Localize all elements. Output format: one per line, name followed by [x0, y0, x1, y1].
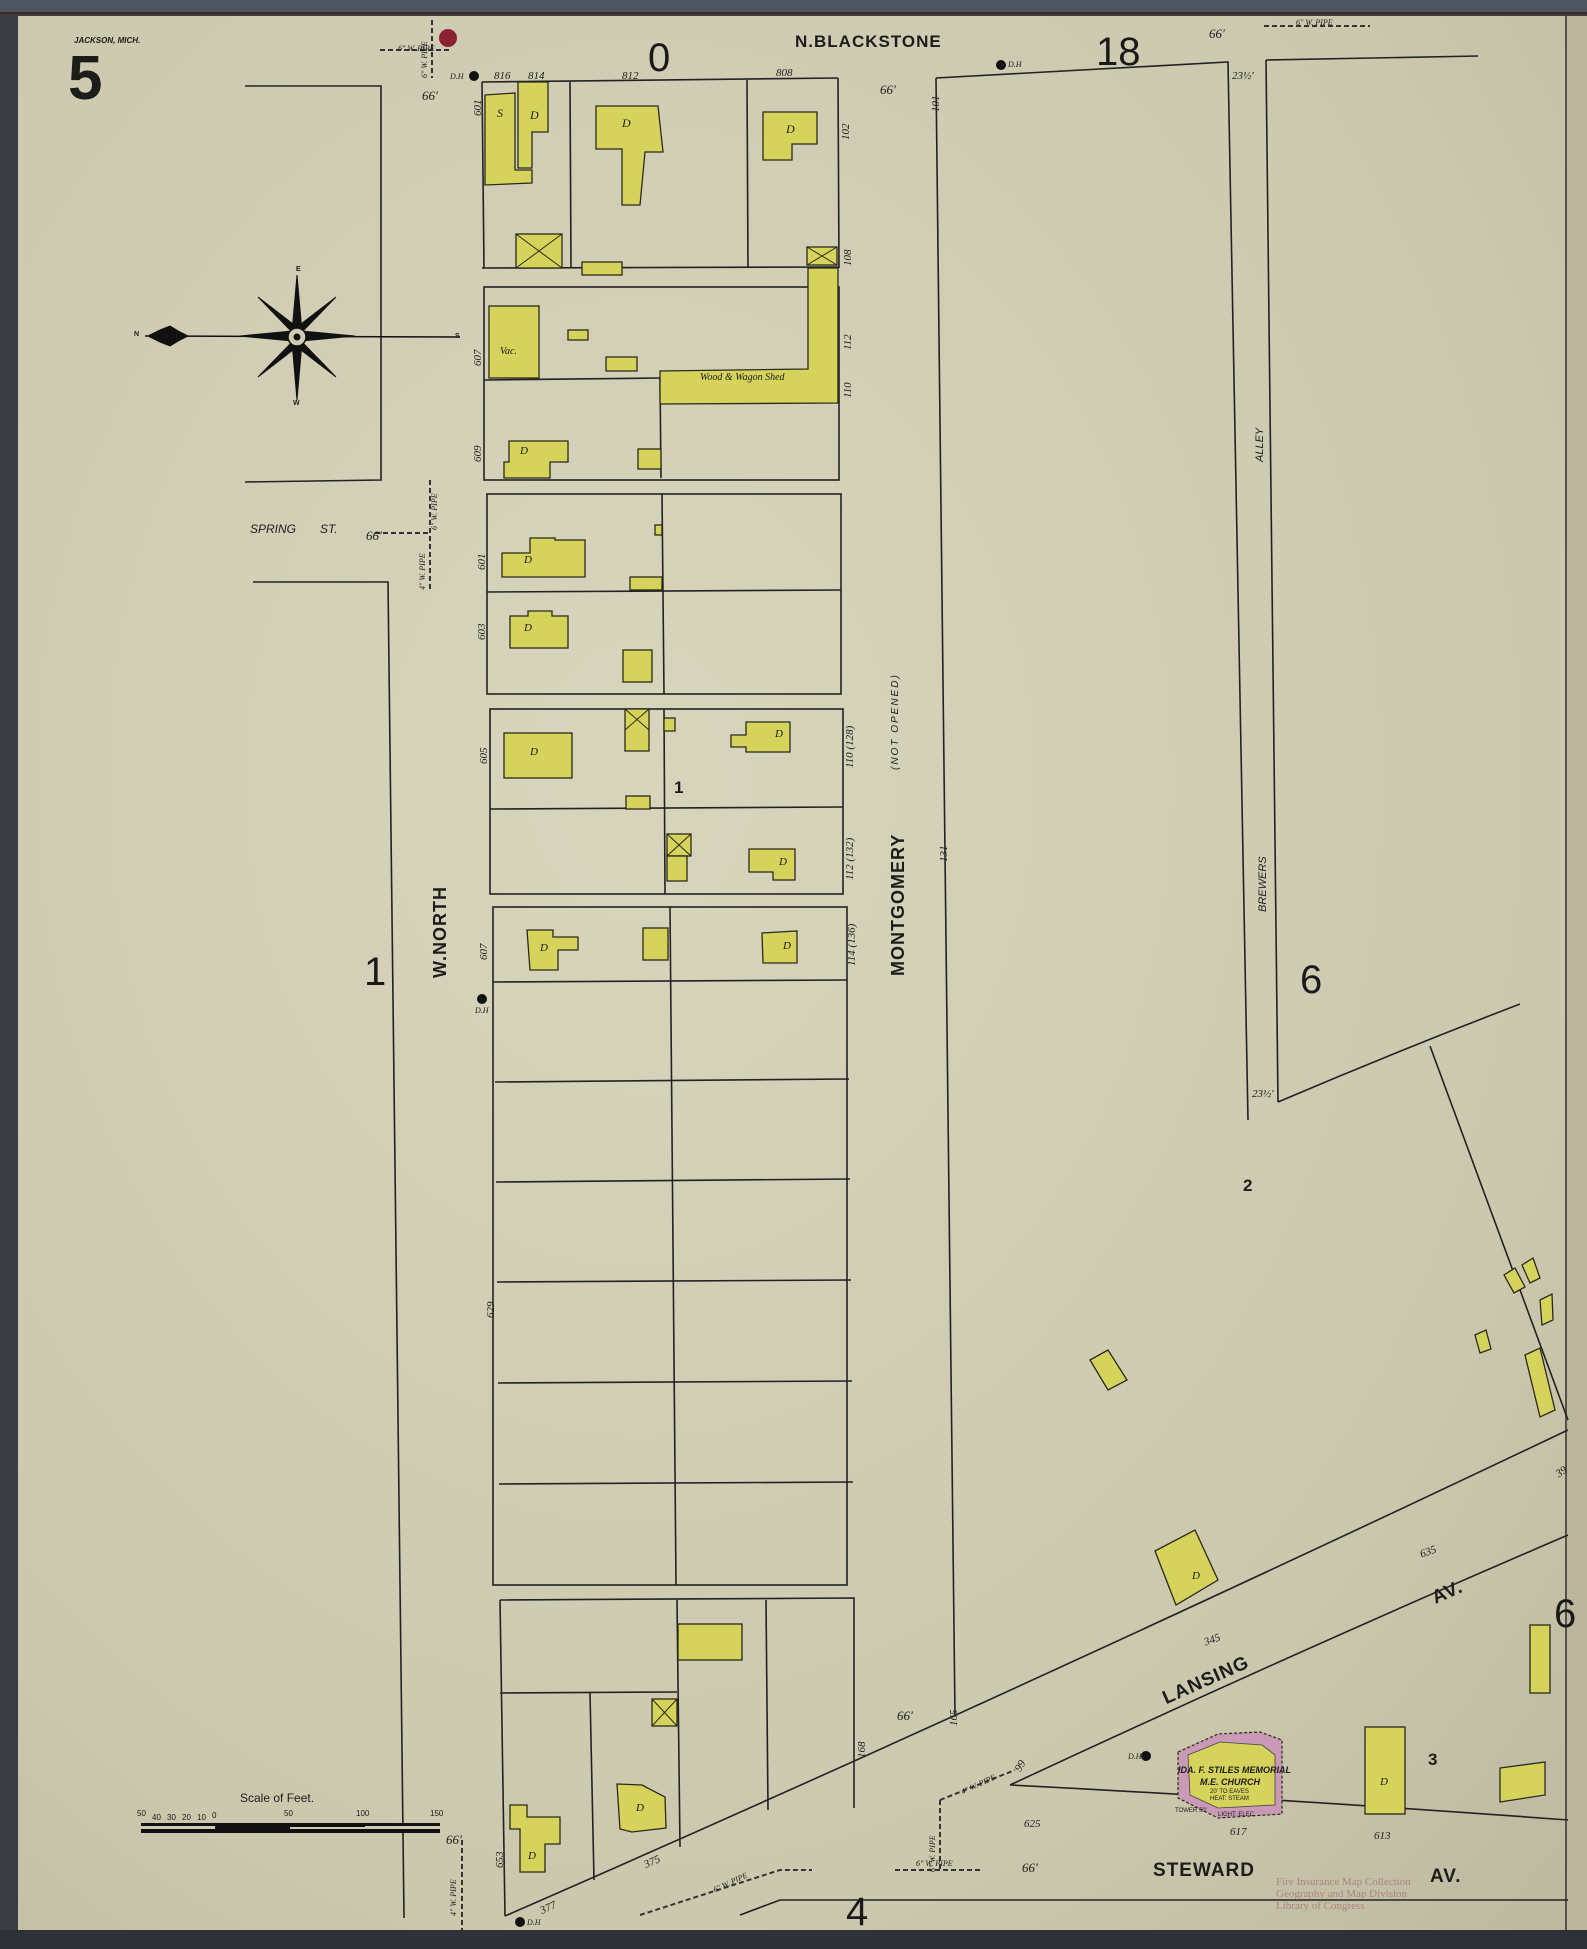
address-label: 605: [478, 748, 490, 765]
church-name: IDA. F. STILES MEMORIAL: [1178, 1765, 1291, 1775]
brewers-alley-label: BREWERS: [1257, 856, 1269, 912]
scale-title: Scale of Feet.: [240, 1791, 314, 1805]
water-pipe-label: 6" W. PIPE: [420, 41, 429, 78]
adjacent-sheet-top-right: 18: [1096, 30, 1141, 75]
stamp-line: Fire Insurance Map Collection: [1276, 1876, 1411, 1888]
address-label: 131: [938, 846, 950, 863]
scale-tick: 150: [430, 1809, 443, 1818]
building-use-dwelling: D: [636, 1802, 644, 1814]
address-label: 114 (136): [846, 924, 858, 966]
street-montgomery: MONTGOMERY: [888, 834, 909, 976]
street-w-north: W.NORTH: [430, 886, 451, 978]
compass-east: E: [296, 266, 301, 273]
water-pipe-label: 4" W. PIPE: [418, 553, 427, 590]
address-label: 603: [476, 624, 488, 641]
scale-tick: 20: [182, 1813, 191, 1822]
building-use-dwelling: D: [1380, 1776, 1388, 1788]
building-use-vacant: Vac.: [500, 346, 517, 357]
address-label: 814: [528, 70, 545, 82]
address-label: 653: [494, 1852, 506, 1869]
sheet-number: 5: [68, 48, 102, 110]
alley-width-label: 23½': [1252, 1088, 1274, 1100]
street-width-label: 66': [446, 1832, 462, 1848]
address-label: 168: [856, 1742, 868, 1759]
scale-tick: 50: [284, 1809, 293, 1818]
street-steward-suffix: AV.: [1430, 1866, 1462, 1888]
address-label: 617: [1230, 1826, 1247, 1838]
hydrant-label: D.H: [1008, 60, 1022, 69]
address-label: 601: [476, 554, 488, 571]
compass-south: S: [455, 333, 460, 340]
building-use-dwelling: D: [622, 116, 631, 131]
street-spring-suffix: ST.: [320, 522, 338, 536]
water-pipe-label: 6" W. PIPE: [916, 1859, 953, 1868]
adjacent-sheet-right-edge: 6: [1554, 1592, 1576, 1637]
alley-label: ALLEY: [1254, 428, 1266, 462]
adjacent-sheet-bottom: 4: [846, 1890, 868, 1935]
street-width-label: 66': [897, 1708, 913, 1724]
address-label: 812: [622, 70, 639, 82]
adjacent-sheet-right-block: 6: [1300, 958, 1322, 1003]
address-label: 607: [472, 350, 484, 367]
address-label: 613: [1374, 1830, 1391, 1842]
church-tower-note: TOWER 50': [1175, 1808, 1207, 1814]
church-light-note: LIGHT: ELEC.: [1218, 1812, 1256, 1818]
block-number-3: 3: [1428, 1750, 1437, 1770]
hydrant-label: D.H: [475, 1006, 489, 1015]
address-label: 112 (132): [844, 838, 856, 880]
building-wood-wagon-shed: Wood & Wagon Shed: [700, 372, 785, 383]
address-label: 808: [776, 67, 793, 79]
scanner-ruler-bottom: [0, 1930, 1587, 1949]
adjacent-sheet-top: 0: [648, 36, 670, 81]
library-of-congress-stamp: Fire Insurance Map Collection Geography …: [1276, 1876, 1411, 1912]
scale-tick: 30: [167, 1813, 176, 1822]
adjacent-sheet-left: 1: [364, 950, 386, 995]
building-use-store: S: [497, 106, 503, 121]
address-label: 816: [494, 70, 511, 82]
address-label: 165: [948, 1710, 960, 1727]
address-label: 108: [842, 250, 854, 267]
scale-tick: 100: [356, 1809, 369, 1818]
street-steward: STEWARD: [1153, 1860, 1255, 1882]
scale-tick: 40: [152, 1813, 161, 1822]
church-heat-note: HEAT: STEAM: [1210, 1796, 1249, 1802]
compass-west: W: [293, 400, 300, 407]
street-width-label: 66': [1022, 1860, 1038, 1876]
building-use-dwelling: D: [779, 856, 787, 868]
building-use-dwelling: D: [530, 746, 538, 758]
building-use-dwelling: D: [786, 122, 795, 137]
address-label: 110 (128): [844, 726, 856, 768]
building-use-dwelling: D: [524, 554, 532, 566]
map-linework: [0, 0, 1587, 1949]
building-use-dwelling: D: [783, 940, 791, 952]
building-use-dwelling: D: [524, 622, 532, 634]
scale-tick: 0: [212, 1811, 216, 1820]
street-width-label: 66': [880, 82, 896, 98]
scale-tick: 10: [197, 1813, 206, 1822]
block-number-2: 2: [1243, 1176, 1252, 1196]
stamp-line: Geography and Map Division: [1276, 1888, 1411, 1900]
church-name-line2: M.E. CHURCH: [1200, 1777, 1260, 1787]
hydrant-label: D.H: [527, 1918, 541, 1927]
address-label: 607: [478, 944, 490, 961]
address-label: 102: [840, 124, 852, 141]
street-n-blackstone: N.BLACKSTONE: [795, 32, 942, 52]
street-width-label: 66': [1209, 26, 1225, 42]
hydrant-label: D.H: [1128, 1752, 1142, 1761]
address-label: 601: [472, 100, 484, 117]
building-use-dwelling: D: [520, 445, 528, 457]
water-pipe-label: 6" W. PIPE: [1296, 18, 1333, 27]
stamp-line: Library of Congress: [1276, 1900, 1411, 1912]
building-use-dwelling: D: [1192, 1570, 1200, 1582]
address-label: 625: [1024, 1818, 1041, 1830]
montgomery-not-opened-note: (NOT OPENED): [890, 673, 901, 770]
address-label: 101: [930, 96, 942, 113]
address-label: 609: [472, 446, 484, 463]
building-use-dwelling: D: [775, 728, 783, 740]
water-pipe-label: 4" W. PIPE: [449, 1879, 458, 1916]
street-spring: SPRING: [250, 522, 296, 536]
hydrant-label: D.H: [450, 72, 464, 81]
building-use-dwelling: D: [530, 108, 539, 123]
block-number-1: 1: [674, 778, 683, 798]
street-width-label: 66': [366, 528, 382, 544]
water-pipe-label: 6" W. PIPE: [430, 493, 439, 530]
address-label: 112: [842, 334, 854, 350]
church-eaves-note: 20' TO EAVES: [1210, 1789, 1249, 1795]
water-pipe-label: 6" W. PIPE: [398, 44, 435, 53]
street-width-label: 66': [422, 88, 438, 104]
alley-width-label: 23½': [1232, 70, 1254, 82]
scale-tick: 50: [137, 1809, 146, 1818]
building-use-dwelling: D: [528, 1850, 536, 1862]
building-use-dwelling: D: [540, 942, 548, 954]
address-label: 629: [485, 1302, 497, 1319]
compass-north: N: [134, 331, 139, 338]
address-label: 110: [842, 382, 854, 398]
